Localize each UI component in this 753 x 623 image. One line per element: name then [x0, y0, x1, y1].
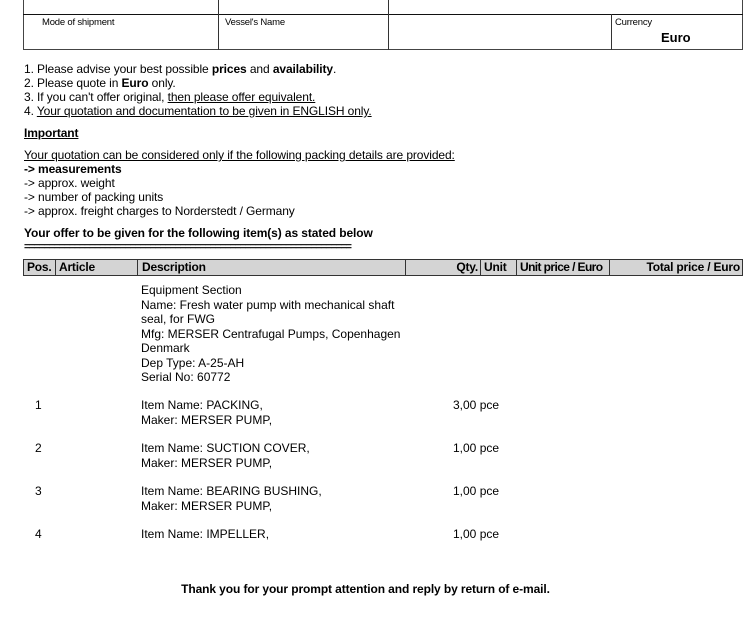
header-total-price: Total price / Euro: [612, 260, 740, 274]
packing-requirement: -> approx. freight charges to Nordersted…: [24, 204, 295, 218]
header-qty: Qty.: [405, 260, 478, 274]
closing-text: Thank you for your prompt attention and …: [181, 582, 550, 596]
instruction-text: Please advise your best possible: [37, 62, 212, 76]
packing-requirement: -> measurements: [24, 162, 295, 176]
instruction-item: 3. If you can't offer original, then ple…: [24, 90, 372, 104]
row-qty: 1,00 pce: [453, 484, 499, 498]
row-description: Item Name: BEARING BUSHING,Maker: MERSER…: [141, 484, 322, 513]
instructions-list: 1. Please advise your best possible pric…: [24, 62, 372, 118]
header-description: Description: [142, 260, 206, 274]
column-divider: [388, 0, 389, 50]
row-pos: 1: [35, 398, 42, 412]
header-pos: Pos.: [27, 260, 52, 274]
header-divider: [516, 259, 517, 276]
instruction-item: 2. Please quote in Euro only.: [24, 76, 372, 90]
instruction-number: 4.: [24, 104, 37, 118]
instruction-text: prices: [212, 62, 247, 76]
row-qty: 1,00 pce: [453, 441, 499, 455]
instruction-text: If you can't offer original,: [37, 90, 168, 104]
header-divider: [480, 259, 481, 276]
packing-requirement: -> approx. weight: [24, 176, 295, 190]
important-heading: Important: [24, 126, 78, 140]
row-description-line: Maker: MERSER PUMP,: [141, 456, 310, 471]
row-pos: 4: [35, 527, 42, 541]
header-divider: [137, 259, 138, 276]
section-line: Dep Type: A-25-AH: [141, 356, 400, 371]
row-description-line: Item Name: BEARING BUSHING,: [141, 484, 322, 499]
section-line: Serial No: 60772: [141, 370, 400, 385]
header-unit: Unit: [484, 260, 507, 274]
header-unit-price: Unit price / Euro: [520, 260, 608, 274]
packing-requirements-list: -> measurements-> approx. weight-> numbe…: [24, 162, 295, 218]
row-pos: 2: [35, 441, 42, 455]
instruction-number: 1.: [24, 62, 37, 76]
row-pos: 3: [35, 484, 42, 498]
column-divider: [218, 0, 219, 50]
offer-heading: Your offer to be given for the following…: [24, 226, 373, 240]
items-table-header: Pos. Article Description Qty. Unit Unit …: [23, 259, 743, 276]
row-description-line: Item Name: PACKING,: [141, 398, 272, 413]
section-line: Name: Fresh water pump with mechanical s…: [141, 298, 400, 313]
row-description-line: Item Name: SUCTION COVER,: [141, 441, 310, 456]
section-line: seal, for FWG: [141, 312, 400, 327]
packing-requirements-intro: Your quotation can be considered only if…: [24, 148, 455, 162]
equipment-section: Equipment SectionName: Fresh water pump …: [141, 283, 400, 385]
row-description-line: Item Name: IMPELLER,: [141, 527, 269, 542]
closing-message: Thank you for your prompt attention and …: [0, 582, 753, 596]
instruction-number: 3.: [24, 90, 37, 104]
currency-label: Currency: [615, 17, 652, 28]
instruction-text: only.: [148, 76, 175, 90]
row-description: Item Name: PACKING,Maker: MERSER PUMP,: [141, 398, 272, 427]
row-description-line: Maker: MERSER PUMP,: [141, 413, 272, 428]
row-description: Item Name: IMPELLER,: [141, 527, 269, 542]
section-line: Denmark: [141, 341, 400, 356]
instruction-item: 4. Your quotation and documentation to b…: [24, 104, 372, 118]
row-qty: 3,00 pce: [453, 398, 499, 412]
instruction-text: and: [247, 62, 273, 76]
row-qty: 1,00 pce: [453, 527, 499, 541]
header-divider: [609, 259, 610, 276]
section-line: Mfg: MERSER Centrafugal Pumps, Copenhage…: [141, 327, 400, 342]
instruction-text: then please offer equivalent.: [168, 90, 316, 104]
instruction-text: availability: [273, 62, 333, 76]
header-article: Article: [59, 260, 95, 274]
row-description-line: Maker: MERSER PUMP,: [141, 499, 322, 514]
currency-value: Euro: [661, 30, 691, 45]
packing-requirement: -> number of packing units: [24, 190, 295, 204]
offer-separator: ========================================…: [24, 242, 372, 252]
header-divider: [55, 259, 56, 276]
mode-of-shipment-label: Mode of shipment: [42, 17, 114, 28]
shipment-box-divider: [23, 14, 743, 15]
instruction-item: 1. Please advise your best possible pric…: [24, 62, 372, 76]
instruction-number: 2.: [24, 76, 37, 90]
instruction-text: Your quotation and documentation to be g…: [37, 104, 372, 118]
vessel-name-label: Vessel's Name: [225, 17, 285, 28]
instruction-text: .: [333, 62, 336, 76]
section-line: Equipment Section: [141, 283, 400, 298]
instruction-text: Please quote in: [37, 76, 121, 90]
row-description: Item Name: SUCTION COVER,Maker: MERSER P…: [141, 441, 310, 470]
instruction-text: Euro: [122, 76, 149, 90]
column-divider: [611, 14, 612, 50]
